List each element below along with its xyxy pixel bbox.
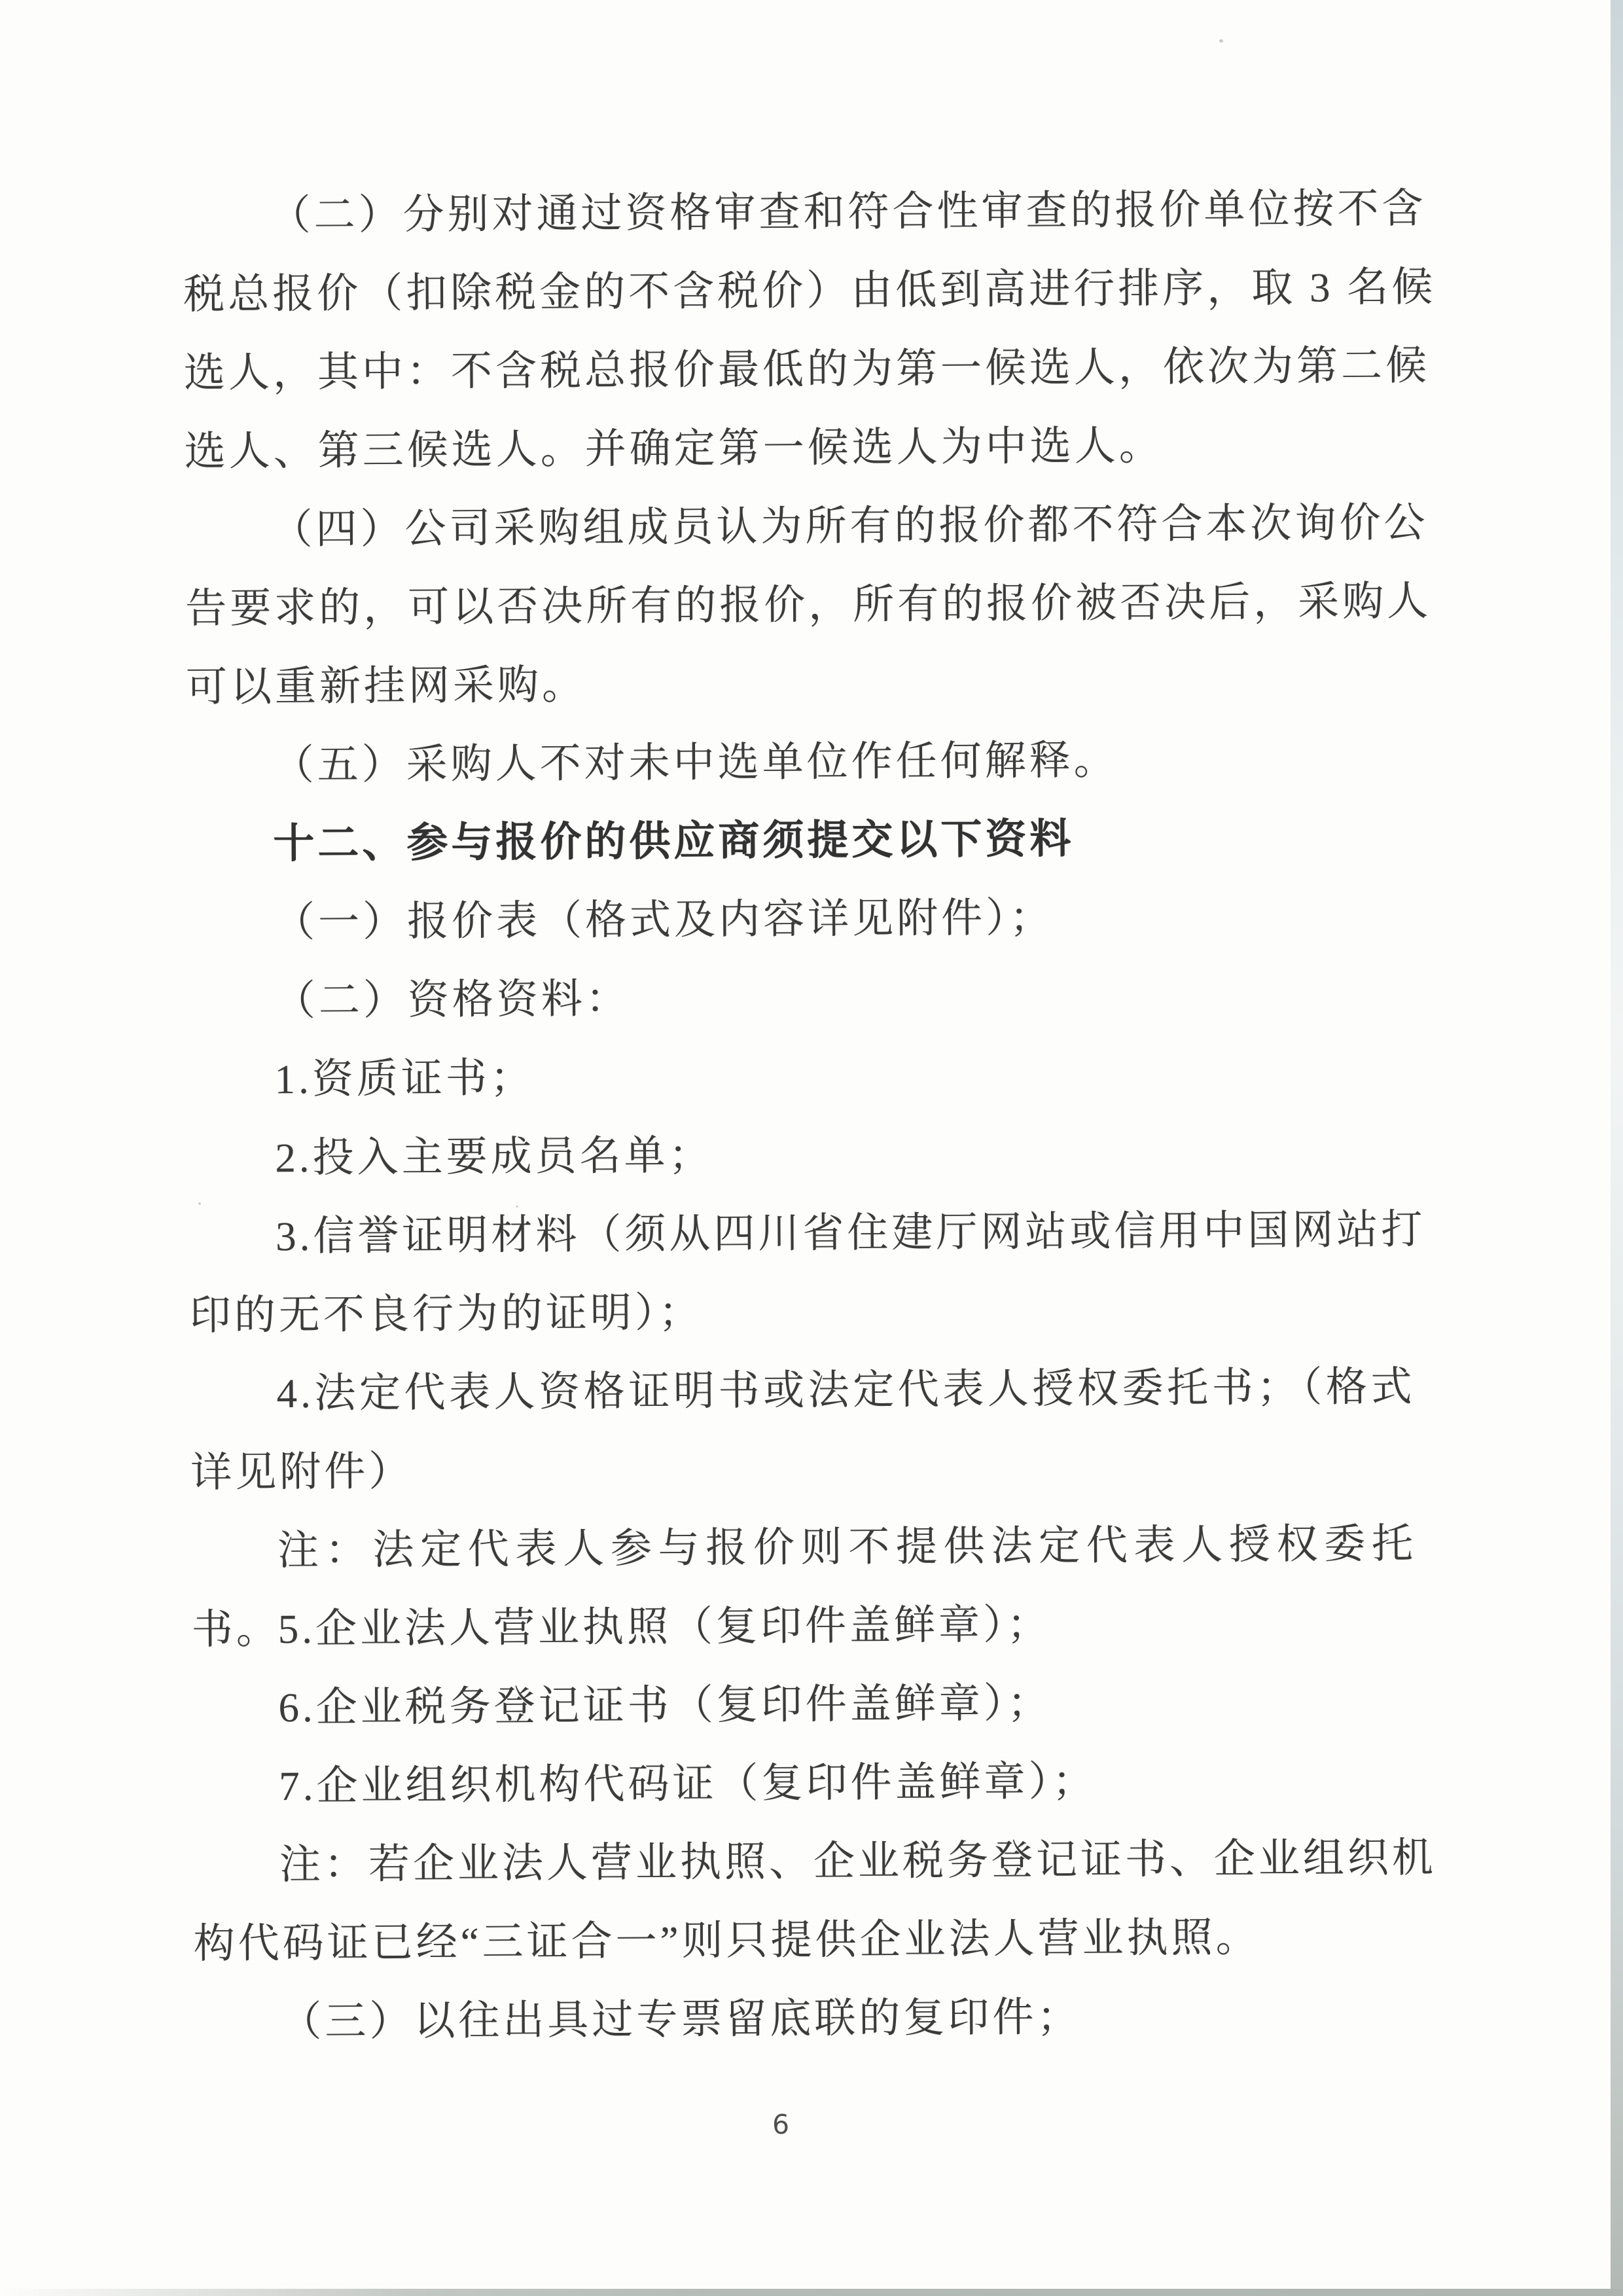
text-line: 选人，其中：不含税总报价最低的为第一候选人，依次为第二候 [184,327,1410,412]
document-body: （二）分别对通过资格审查和符合性审查的报价单位按不含税总报价（扣除税金的不含税价… [183,170,1419,2062]
scan-edge-right [1611,0,1623,2296]
text-line: 印的无不良行为的证明）； [189,1269,1415,1355]
text-line: 6.企业税务登记证书（复印件盖鲜章）； [192,1662,1418,1748]
text-line: 1.资质证书； [188,1033,1414,1119]
text-line: （一）报价表（格式及内容详见附件）； [187,876,1413,962]
text-line: 2.投入主要成员名单； [188,1112,1414,1198]
text-line: 3.信誉证明材料（须从四川省住建厅网站或信用中国网站打 [189,1191,1415,1276]
scan-speck [1219,39,1223,43]
text-line: 构代码证已经“三证合一”则只提供企业法人营业执照。 [193,1897,1419,1983]
section-heading: 十二、参与报价的供应商须提交以下资料 [187,798,1412,884]
text-line: 详见附件） [190,1426,1416,1512]
page-number: 6 [772,2109,825,2140]
scan-speck [516,1206,518,1208]
text-line: 税总报价（扣除税金的不含税价）由低到高进行排序，取 3 名候 [183,248,1409,334]
scan-speck [198,1202,201,1205]
text-line: （五）采购人不对未中选单位作任何解释。 [186,719,1412,805]
text-line: 可以重新挂网采购。 [186,641,1412,726]
text-line: 注：若企业法人营业执照、企业税务登记证书、企业组织机 [193,1819,1419,1905]
text-line: （四）公司采购组成员认为所有的报价都不符合本次询价公 [185,484,1410,569]
text-line: （三）以往出具过专票留底联的复印件； [194,1976,1419,2062]
text-line: 选人、第三候选人。并确定第一候选人为中选人。 [184,405,1410,491]
text-line: （二）资格资料： [188,955,1414,1041]
text-line: （二）分别对通过资格审查和符合性审查的报价单位按不含 [183,170,1408,255]
scan-edge-bottom [0,2289,1623,2296]
text-line: 5.企业法人营业执照（复印件盖鲜章）； [191,1583,1417,1669]
text-line: 4.法定代表人资格证明书或法定代表人授权委托书；（格式 [190,1348,1416,1433]
text-line: 告要求的，可以否决所有的报价，所有的报价被否决后，采购人 [185,562,1411,648]
text-line: 注：法定代表人参与报价则不提供法定代表人授权委托书。 [191,1505,1417,1590]
text-line: 7.企业组织机构代码证（复印件盖鲜章）； [192,1740,1418,1826]
scanned-document-page: （二）分别对通过资格审查和符合性审查的报价单位按不含税总报价（扣除税金的不含税价… [0,0,1623,2296]
